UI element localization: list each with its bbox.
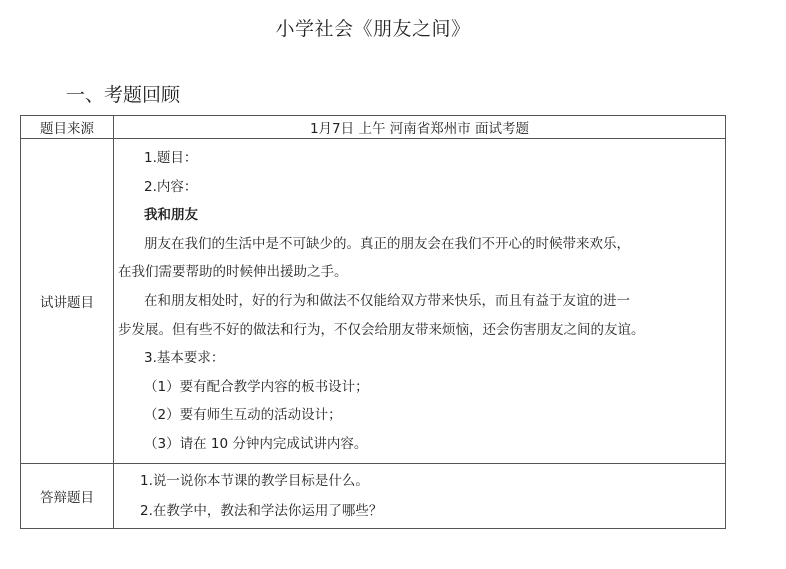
defense-questions: 1.说一说你本节课的教学目标是什么。 2.在教学中，教法和学法你运用了哪些？ [114,464,725,528]
item-content: 2.内容： [118,173,723,202]
document-title: 小学社会《朋友之间》 [0,14,786,41]
defense-question-1: 1.说一说你本节课的教学目标是什么。 [140,466,723,496]
lesson-subtitle: 我和朋友 [118,201,723,230]
paragraph-1-line-2: 在我们需要帮助的时候伸出援助之手。 [118,258,723,287]
item-requirements: 3.基本要求： [118,344,723,373]
source-label: 题目来源 [21,116,114,139]
defense-label: 答辩题目 [21,463,114,528]
paragraph-1-line-1: 朋友在我们的生活中是不可缺少的。真正的朋友会在我们不开心的时候带来欢乐， [118,230,723,259]
requirement-1: （1）要有配合教学内容的板书设计； [118,373,723,402]
paragraph-2-line-1: 在和朋友相处时，好的行为和做法不仅能给双方带来快乐，而且有益于友谊的进一 [118,287,723,316]
source-value: 1月7日 上午 河南省郑州市 面试考题 [114,116,726,139]
lecture-label: 试讲题目 [21,139,114,464]
table-row-source: 题目来源 1月7日 上午 河南省郑州市 面试考题 [21,116,726,139]
paragraph-2-line-2: 步发展。但有些不好的做法和行为，不仅会给朋友带来烦恼，还会伤害朋友之间的友谊。 [118,316,723,345]
defense-question-2: 2.在教学中，教法和学法你运用了哪些？ [140,496,723,526]
lecture-content: 1.题目： 2.内容： 我和朋友 朋友在我们的生活中是不可缺少的。真正的朋友会在… [114,139,725,463]
section-heading: 一、考题回顾 [66,80,180,107]
table-row-defense: 答辩题目 1.说一说你本节课的教学目标是什么。 2.在教学中，教法和学法你运用了… [21,463,726,528]
item-topic: 1.题目： [118,144,723,173]
lecture-content-cell: 1.题目： 2.内容： 我和朋友 朋友在我们的生活中是不可缺少的。真正的朋友会在… [114,139,726,464]
defense-content-cell: 1.说一说你本节课的教学目标是什么。 2.在教学中，教法和学法你运用了哪些？ [114,463,726,528]
requirement-3: （3）请在 10 分钟内完成试讲内容。 [118,430,723,459]
requirement-2: （2）要有师生互动的活动设计； [118,401,723,430]
document-title-text: 小学社会《朋友之间》 [275,18,470,40]
exam-table: 题目来源 1月7日 上午 河南省郑州市 面试考题 试讲题目 1.题目： 2.内容… [20,115,726,529]
table-row-lecture: 试讲题目 1.题目： 2.内容： 我和朋友 朋友在我们的生活中是不可缺少的。真正… [21,139,726,464]
